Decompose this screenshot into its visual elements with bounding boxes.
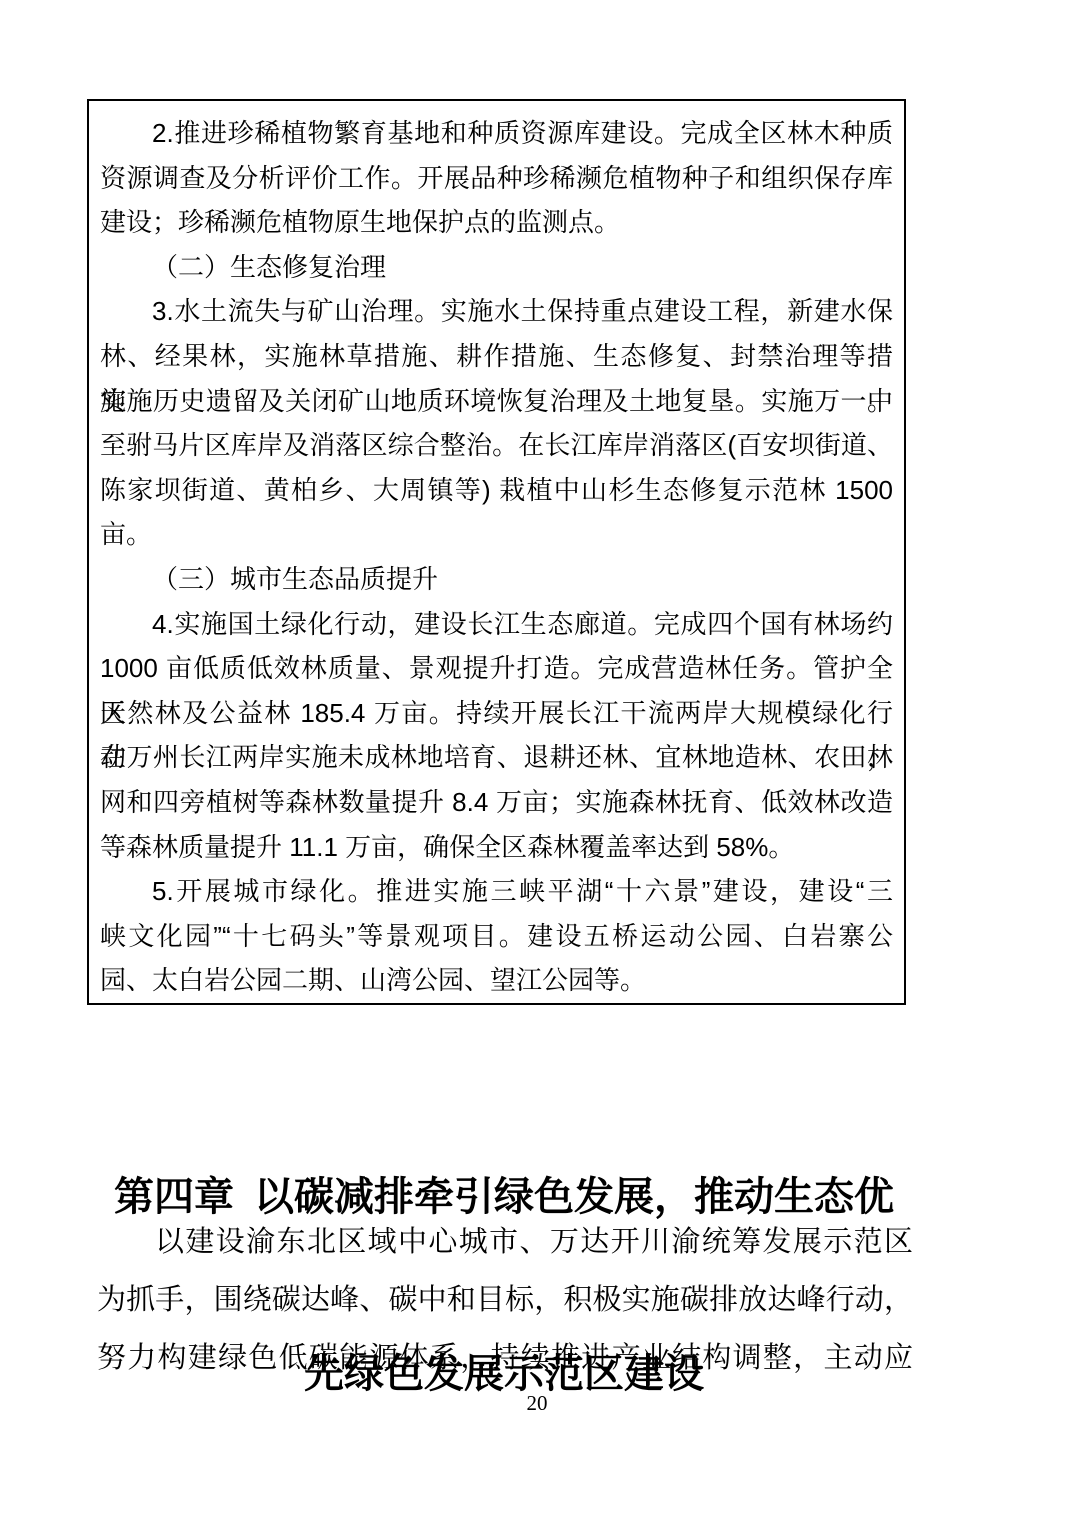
- boxed-text-line: （二）生态修复治理: [100, 245, 893, 290]
- intro-text-line: 努力构建绿色低碳能源体系，持续推进产业结构调整，主动应: [97, 1329, 913, 1387]
- boxed-text-line: （三）城市生态品质提升: [100, 557, 893, 602]
- intro-text-line: 为抓手，围绕碳达峰、碳中和目标，积极实施碳排放达峰行动，: [97, 1271, 913, 1329]
- intro-paragraph: 以建设渝东北区域中心城市、万达开川渝统筹发展示范区为抓手，围绕碳达峰、碳中和目标…: [97, 1213, 913, 1387]
- boxed-text-line: 林、经果林，实施林草措施、耕作措施、生态修复、封禁治理等措施。: [100, 334, 893, 379]
- document-page: 2.推进珍稀植物繁育基地和种质资源库建设。完成全区林木种质资源调查及分析评价工作…: [0, 0, 1074, 1520]
- boxed-text-line: 峡文化园”“十七码头”等景观项目。建设五桥运动公园、白岩寨公: [100, 914, 893, 959]
- boxed-text-line: 陈家坝街道、黄柏乡、大周镇等) 栽植中山杉生态修复示范林 1500: [100, 468, 893, 513]
- boxed-text-line: 5.开展城市绿化。推进实施三峡平湖“十六景”建设，建设“三: [100, 869, 893, 914]
- intro-text-line: 以建设渝东北区域中心城市、万达开川渝统筹发展示范区: [97, 1213, 913, 1271]
- boxed-text-line: 园、太白岩公园二期、山湾公园、望江公园等。: [100, 958, 893, 1003]
- boxed-text-line: 实施历史遗留及关闭矿山地质环境恢复治理及土地复垦。实施万一中: [100, 379, 893, 424]
- boxed-text-line: 4.实施国土绿化行动，建设长江生态廊道。完成四个国有林场约: [100, 602, 893, 647]
- boxed-text-line: 资源调查及分析评价工作。开展品种珍稀濒危植物种子和组织保存库: [100, 156, 893, 201]
- boxed-policy-text: 2.推进珍稀植物繁育基地和种质资源库建设。完成全区林木种质资源调查及分析评价工作…: [87, 99, 906, 1005]
- boxed-text-line: 天然林及公益林 185.4 万亩。持续开展长江干流两岸大规模绿化行动，: [100, 691, 893, 736]
- boxed-text-line: 1000 亩低质低效林质量、景观提升打造。完成营造林任务。管护全区: [100, 646, 893, 691]
- boxed-text-line: 等森林质量提升 11.1 万亩，确保全区森林覆盖率达到 58%。: [100, 825, 893, 870]
- boxed-text-line: 2.推进珍稀植物繁育基地和种质资源库建设。完成全区林木种质: [100, 111, 893, 156]
- boxed-text-line: 至驸马片区库岸及消落区综合整治。在长江库岸消落区(百安坝街道、: [100, 423, 893, 468]
- boxed-text-line: 3.水土流失与矿山治理。实施水土保持重点建设工程，新建水保: [100, 289, 893, 334]
- boxed-text-line: 在万州长江两岸实施未成林地培育、退耕还林、宜林地造林、农田林: [100, 735, 893, 780]
- page-number: 20: [0, 1390, 1074, 1416]
- boxed-text-line: 亩。: [100, 512, 893, 557]
- boxed-text-line: 网和四旁植树等森林数量提升 8.4 万亩；实施森林抚育、低效林改造: [100, 780, 893, 825]
- boxed-text-line: 建设；珍稀濒危植物原生地保护点的监测点。: [100, 200, 893, 245]
